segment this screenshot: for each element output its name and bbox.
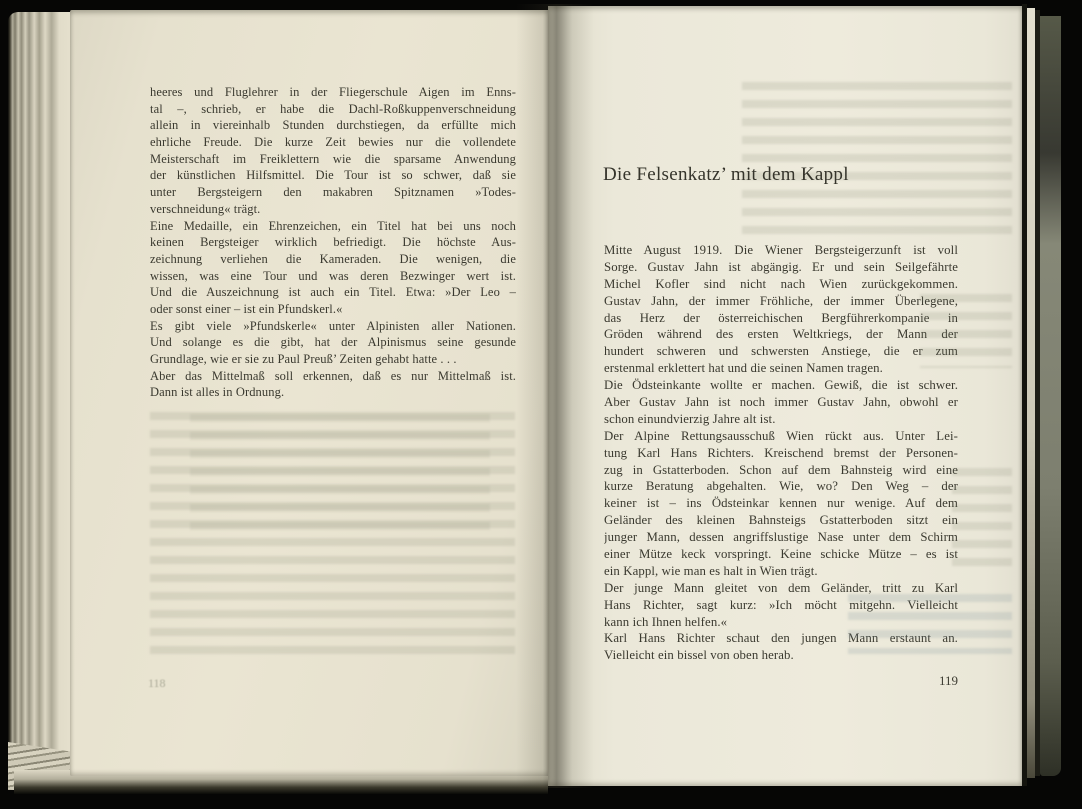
left-page-text: heeres und Fluglehrer in der Fliegerschu…: [150, 84, 516, 401]
chapter-title: Die Felsenkatz’ mit dem Kappl: [603, 164, 849, 186]
text-line: der künstlichen Hilfsmittel. Die Tour is…: [150, 167, 516, 184]
text-line: Karl Hans Richter schaut den jungen Mann…: [604, 630, 958, 647]
text-line: Und solange es die gibt, hat der Alpinis…: [150, 334, 516, 351]
text-line: Dann ist alles in Ordnung.: [150, 384, 516, 401]
text-line: Die Ödsteinkante wollte er machen. Gewiß…: [604, 377, 958, 394]
text-line: kurze Beratung abgehalten. Wie, wo? Den …: [604, 478, 958, 495]
text-line: Geländer des kleinen Bahnsteigs Gstatter…: [604, 512, 958, 529]
text-line: oder sonst einer – ist ein Pfundskerl.«: [150, 301, 516, 318]
text-line: kann ich Ihnen helfen.«: [604, 614, 958, 631]
text-line: ehrliche Freude. Die kurze Zeit bewies n…: [150, 134, 516, 151]
text-line: Aber das Mittelmaß soll erkennen, daß es…: [150, 368, 516, 385]
text-line: hundert schweren und schwersten Anstiege…: [604, 343, 958, 360]
text-line: Hans Richter, sagt kurz: »Ich möcht mitg…: [604, 597, 958, 614]
text-line: Sorge. Gustav Jahn ist abgängig. Er und …: [604, 259, 958, 276]
text-line: Meisterschaft im Freiklettern wie die sp…: [150, 151, 516, 168]
text-line: keinen Bergsteiger wirklich befriedigt. …: [150, 234, 516, 251]
text-line: Aber Gustav Jahn ist noch immer Gustav J…: [604, 394, 958, 411]
text-line: Grundlage, wie er sie zu Paul Preuß’ Zei…: [150, 351, 516, 368]
text-line: Gustav Jahn, der immer Fröhliche, der im…: [604, 293, 958, 310]
show-through-page-number: 118: [148, 676, 166, 691]
text-line: zug in Gstatterboden. Schon auf dem Bahn…: [604, 462, 958, 479]
page-number: 119: [604, 673, 958, 689]
show-through-text-block: [190, 414, 490, 534]
text-line: Eine Medaille, ein Ehrenzeichen, ein Tit…: [150, 218, 516, 235]
left-page: heeres und Fluglehrer in der Fliegerschu…: [70, 10, 548, 776]
text-line: schon einundvierzig Jahre alt ist.: [604, 411, 958, 428]
text-line: tal –, schrieb, er habe die Dachl-Roßkup…: [150, 101, 516, 118]
text-line: Mitte August 1919. Die Wiener Bergsteige…: [604, 242, 958, 259]
show-through-text-block: [952, 468, 1012, 566]
right-page-stack-edge: [1027, 8, 1035, 778]
right-page: Die Felsenkatz’ mit dem Kappl Mitte Augu…: [548, 6, 1022, 786]
text-line: erstenmal erklettert hat und die seinen …: [604, 360, 958, 377]
text-line: Es gibt viele »Pfundskerle« unter Alpini…: [150, 318, 516, 335]
text-line: unter Bergsteigern den makabren Spitznam…: [150, 184, 516, 201]
book-cover-edge: [1040, 16, 1061, 776]
right-page-text: Mitte August 1919. Die Wiener Bergsteige…: [604, 242, 958, 664]
text-line: Der junge Mann gleitet von dem Geländer,…: [604, 580, 958, 597]
text-line: zeichnung verliehen die Kameraden. Die w…: [150, 251, 516, 268]
text-line: verschneidung« trägt.: [150, 201, 516, 218]
text-line: keiner ist – ins Ödsteinkar kennen nur w…: [604, 495, 958, 512]
text-line: allein in viereinhalb Stunden durchstieg…: [150, 117, 516, 134]
text-line: das Herz der österreichischen Bergführer…: [604, 310, 958, 327]
show-through-text-block: [150, 412, 515, 658]
text-line: Und die Auszeichnung ist auch ein Titel.…: [150, 284, 516, 301]
show-through-text-block: [742, 82, 1012, 244]
book-photo: heeres und Fluglehrer in der Fliegerschu…: [0, 0, 1082, 809]
text-line: tung Karl Hans Richters. Kreischend brem…: [604, 445, 958, 462]
text-line: Gröden während des ersten Weltkriegs, de…: [604, 326, 958, 343]
text-line: Michel Kofler sind nicht nach Wien zurüc…: [604, 276, 958, 293]
page-stack-fore-edge: [8, 12, 72, 776]
text-line: wissen, was eine Tour und was deren Bezw…: [150, 268, 516, 285]
text-line: heeres und Fluglehrer in der Fliegerschu…: [150, 84, 516, 101]
text-line: junger Mann, dessen angriffslustige Nase…: [604, 529, 958, 546]
text-line: einer Mütze keck vorspringt. Keine schic…: [604, 546, 958, 563]
text-line: Vielleicht ein bissel von oben herab.: [604, 647, 958, 664]
text-line: ein Kappl, wie man es halt in Wien trägt…: [604, 563, 958, 580]
text-line: Der Alpine Rettungsausschuß Wien rückt a…: [604, 428, 958, 445]
